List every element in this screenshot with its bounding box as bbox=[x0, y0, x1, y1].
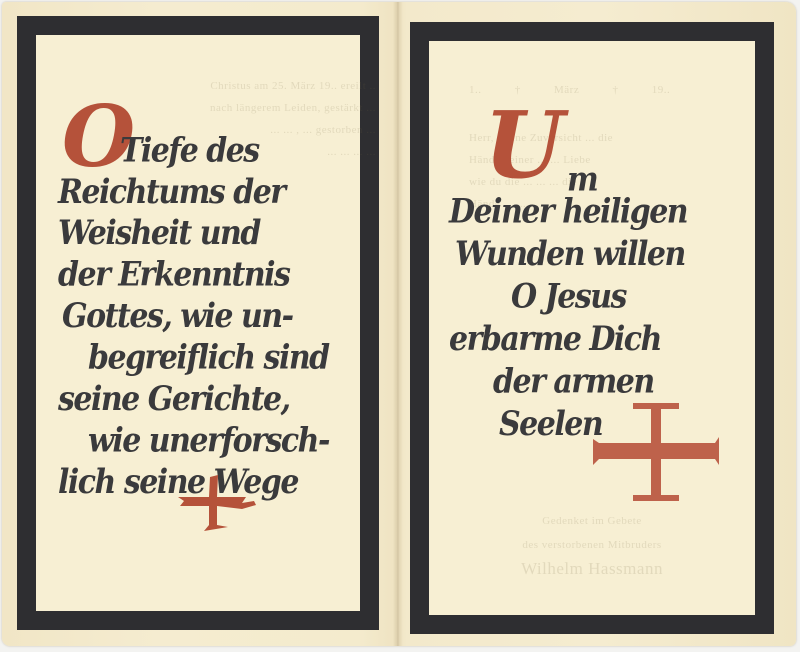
verse-line: der Erkenntnis bbox=[58, 254, 329, 295]
red-initial-u: U bbox=[484, 99, 564, 191]
scanned-card: Christus am 25. März 19.. ereilt .. nach… bbox=[0, 0, 800, 652]
right-panel: 1.. † März † 19.. Herr, meine Zuversicht… bbox=[410, 22, 774, 634]
verse-line: Reichtums der bbox=[58, 171, 329, 212]
verse-line: Deiner heiligen bbox=[449, 191, 687, 234]
ghost-line: Christus am 25. März 19.. ereilt .. bbox=[186, 75, 376, 97]
verse-line: der armen bbox=[449, 361, 687, 404]
left-panel: Christus am 25. März 19.. ereilt .. nach… bbox=[17, 16, 379, 630]
ghost-name: Wilhelm Hassmann bbox=[429, 557, 755, 581]
red-cross-icon bbox=[176, 475, 258, 531]
verse-line: O Jesus bbox=[449, 276, 687, 319]
verse-line: Gottes, wie un- bbox=[58, 296, 329, 337]
verse-line: begreiflich sind bbox=[58, 337, 329, 378]
center-fold bbox=[393, 2, 403, 646]
verse-line: wie unerforsch- bbox=[58, 420, 329, 461]
verse-line: Wunden willen bbox=[449, 234, 687, 277]
red-cross-icon bbox=[589, 403, 725, 503]
verse-line: Tiefe des bbox=[58, 130, 329, 171]
verse-line: erbarme Dich bbox=[449, 319, 687, 362]
ghost-line: nach längerem Leiden, gestärkt ... bbox=[186, 97, 376, 119]
left-verse: Tiefe des Reichtums der Weisheit und der… bbox=[58, 130, 329, 503]
ghost-line: des verstorbenen Mitbruders bbox=[429, 533, 755, 557]
right-show-through-dedication: Gedenket im Gebete des verstorbenen Mitb… bbox=[429, 509, 755, 581]
verse-line: seine Gerichte, bbox=[58, 379, 329, 420]
ghost-line: Gedenket im Gebete bbox=[429, 509, 755, 533]
verse-line: Weisheit und bbox=[58, 213, 329, 254]
